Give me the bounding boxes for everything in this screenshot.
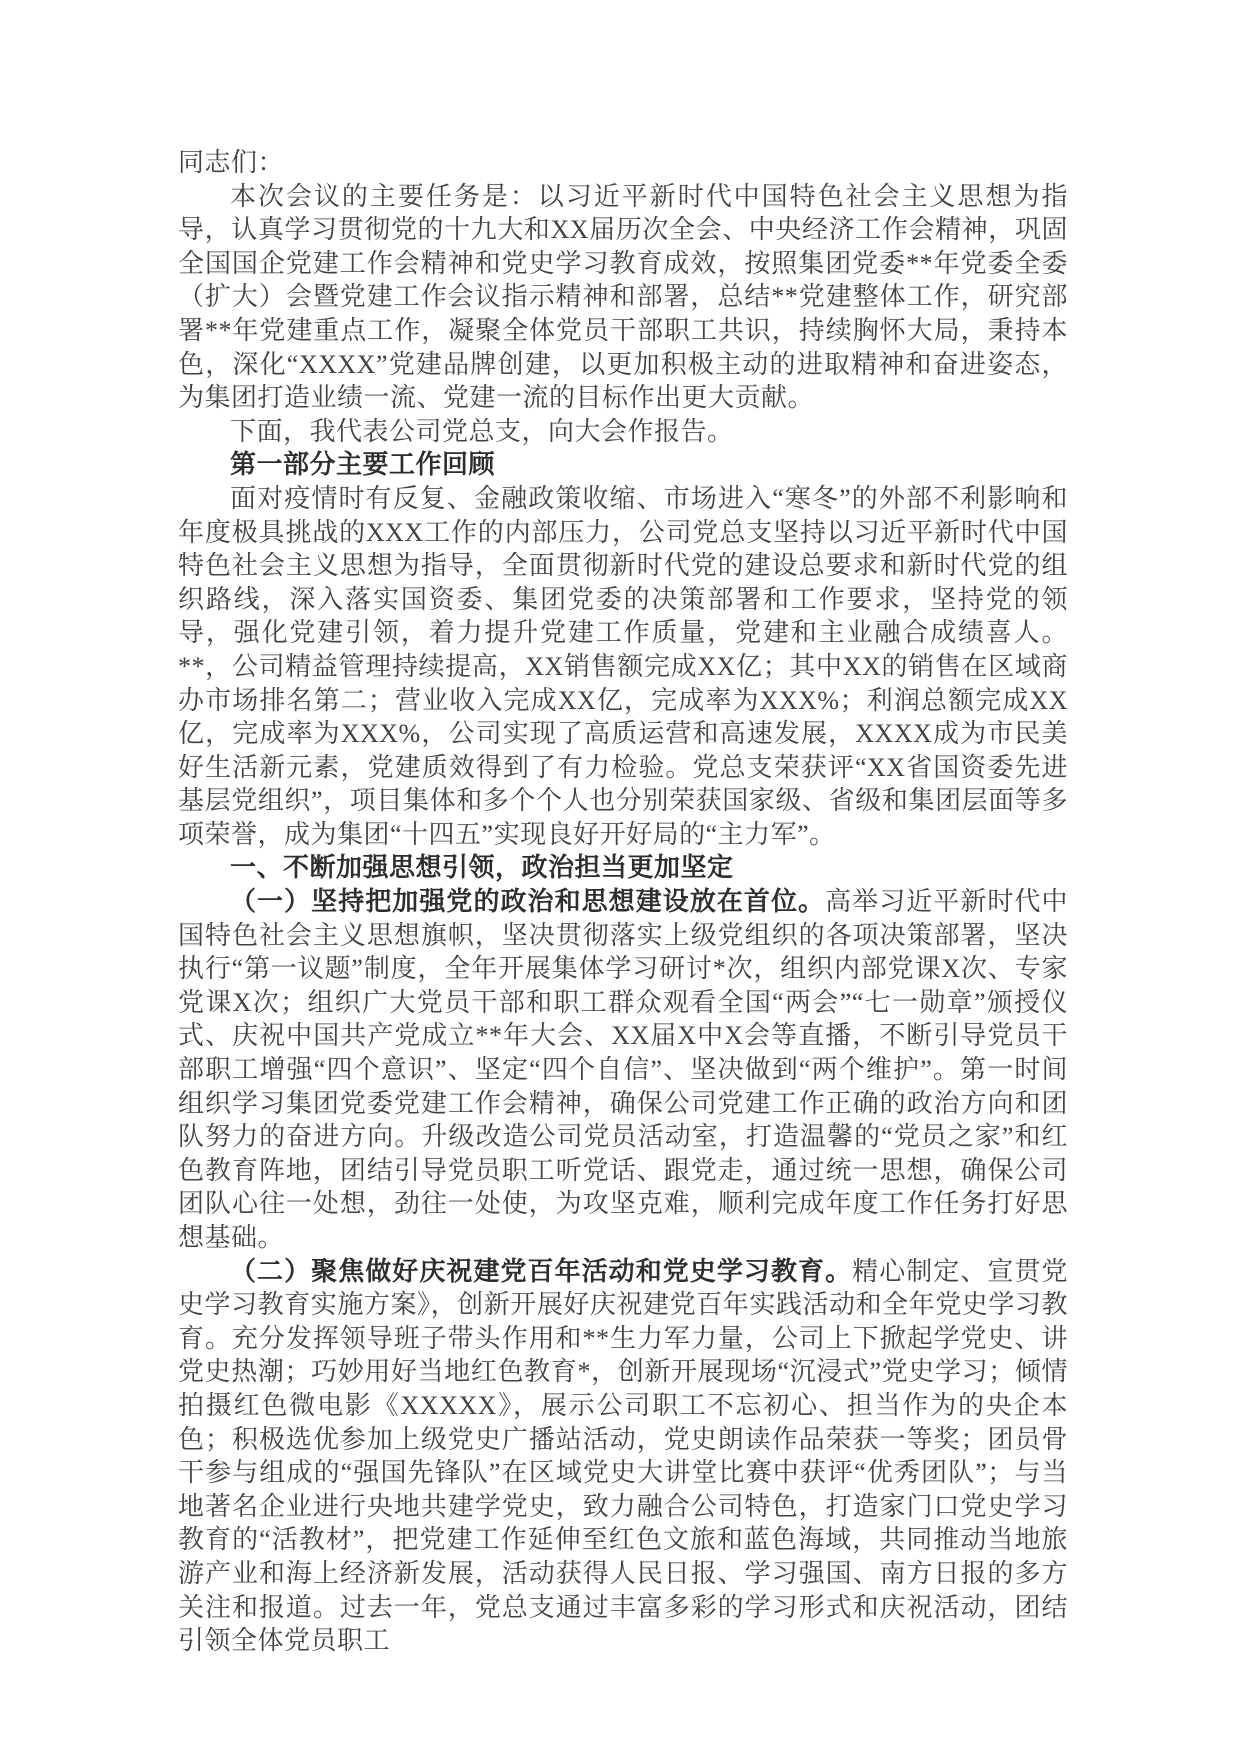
paragraph-lead: （一）坚持把加强党的政治和思想建设放在首位。 <box>230 886 825 916</box>
paragraph: （二）聚焦做好庆祝建党百年活动和党史学习教育。精心制定、宣贯党史学习教育实施方案… <box>178 1255 1068 1658</box>
paragraph: 本次会议的主要任务是：以习近平新时代中国特色社会主义思想为指导，认真学习贯彻党的… <box>178 180 1068 415</box>
paragraph-text: 本次会议的主要任务是：以习近平新时代中国特色社会主义思想为指导，认真学习贯彻党的… <box>178 182 1068 413</box>
paragraph-text: 高举习近平新时代中国特色社会主义思想旗帜，坚决贯彻落实上级党组织的各项决策部署，… <box>178 887 1068 1252</box>
salutation: 同志们： <box>178 146 1068 180</box>
heading-part: 第一部分主要工作回顾 <box>178 448 1068 482</box>
paragraph: 下面，我代表公司党总支，向大会作报告。 <box>178 415 1068 449</box>
paragraph-text: 精心制定、宣贯党史学习教育实施方案》，创新开展好庆祝建党百年实践活动和全年党史学… <box>178 1257 1068 1656</box>
paragraph-lead: （二）聚焦做好庆祝建党百年活动和党史学习教育。 <box>230 1256 852 1286</box>
paragraph-text: 同志们： <box>178 148 284 177</box>
document-body: 同志们：本次会议的主要任务是：以习近平新时代中国特色社会主义思想为指导，认真学习… <box>178 146 1068 1658</box>
paragraph: 面对疫情时有反复、金融政策收缩、市场进入“寒冬”的外部不利影响和年度极具挑战的X… <box>178 482 1068 852</box>
paragraph-text: 面对疫情时有反复、金融政策收缩、市场进入“寒冬”的外部不利影响和年度极具挑战的X… <box>178 484 1068 849</box>
heading-section: 一、不断加强思想引领，政治担当更加坚定 <box>178 851 1068 885</box>
document-page: 同志们：本次会议的主要任务是：以习近平新时代中国特色社会主义思想为指导，认真学习… <box>0 0 1240 1754</box>
paragraph: （一）坚持把加强党的政治和思想建设放在首位。高举习近平新时代中国特色社会主义思想… <box>178 885 1068 1255</box>
paragraph-text: 第一部分主要工作回顾 <box>230 449 495 479</box>
paragraph-text: 下面，我代表公司党总支，向大会作报告。 <box>230 417 734 446</box>
paragraph-text: 一、不断加强思想引领，政治担当更加坚定 <box>230 852 734 882</box>
